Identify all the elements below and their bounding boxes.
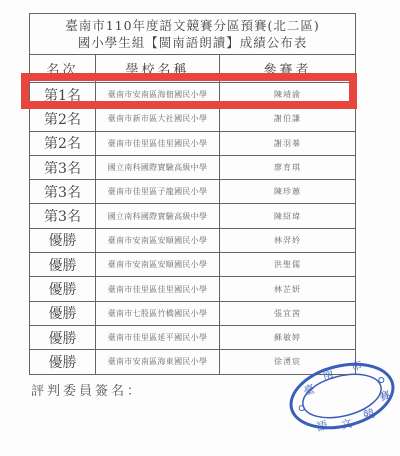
participant-cell: 洪聖儒 [220, 253, 356, 277]
school-cell: 臺南市佳里區子龍國民小學 [96, 180, 220, 204]
participant-cell: 陳靖渝 [220, 83, 356, 107]
official-seal-stamp-icon: 臺 南 市 語 文 競 賽 [286, 360, 398, 432]
table-row: 優勝 臺南市安南區安順國民小學 林羿妗 [30, 228, 356, 252]
participant-cell: 張宜茜 [220, 301, 356, 325]
school-cell: 國立南科國際實驗高級中學 [96, 155, 220, 179]
school-cell: 臺南市安南區安順國民小學 [96, 253, 220, 277]
rank-cell: 第1名 [30, 83, 96, 107]
table-row: 優勝 臺南市七股區竹橋國民小學 張宜茜 [30, 301, 356, 325]
column-header-school: 學校名稱 [96, 55, 220, 83]
rank-cell: 第2名 [30, 131, 96, 155]
rank-cell: 優勝 [30, 228, 96, 252]
participant-cell: 陳珍蕙 [220, 180, 356, 204]
table-row: 優勝 臺南市安南區安順國民小學 洪聖儒 [30, 253, 356, 277]
school-cell: 臺南市佳里區佳里國民小學 [96, 277, 220, 301]
rank-cell: 第3名 [30, 204, 96, 228]
school-cell: 臺南市佳里區延平國民小學 [96, 325, 220, 349]
table-row: 第2名 臺南市佳里區佳里國民小學 謝羽蓁 [30, 131, 356, 155]
participant-cell: 謝伯謙 [220, 107, 356, 131]
table-row: 優勝 臺南市佳里區佳里國民小學 林芷妍 [30, 277, 356, 301]
school-cell: 國立南科國際實驗高級中學 [96, 204, 220, 228]
document-title: 臺南市110年度語文競賽分區預賽(北二區) 國小學生組【閩南語朗讀】成績公布表 [30, 14, 356, 55]
participant-cell: 廖育琪 [220, 155, 356, 179]
column-header-participant: 參賽者 [220, 55, 356, 83]
school-cell: 臺南市安南區海東國民小學 [96, 350, 220, 374]
rank-cell: 優勝 [30, 301, 96, 325]
rank-cell: 第3名 [30, 155, 96, 179]
table-row: 第3名 國立南科國際實驗高級中學 陳紹瑋 [30, 204, 356, 228]
table-row: 第3名 臺南市佳里區子龍國民小學 陳珍蕙 [30, 180, 356, 204]
school-cell: 臺南市佳里區佳里國民小學 [96, 131, 220, 155]
results-table: 臺南市110年度語文競賽分區預賽(北二區) 國小學生組【閩南語朗讀】成績公布表 … [29, 13, 356, 375]
school-cell: 臺南市新市區大社國民小學 [96, 107, 220, 131]
table-row: 第2名 臺南市新市區大社國民小學 謝伯謙 [30, 107, 356, 131]
school-cell: 臺南市安南區海佃國民小學 [96, 83, 220, 107]
school-cell: 臺南市安南區安順國民小學 [96, 228, 220, 252]
title-line-1: 臺南市110年度語文競賽分區預賽(北二區) [30, 17, 355, 34]
judge-signature-label: 評判委員簽名： [31, 380, 143, 399]
stamp-char: 市 [350, 360, 364, 374]
column-header-rank: 名次 [30, 55, 96, 83]
rank-cell: 優勝 [30, 253, 96, 277]
participant-cell: 林羿妗 [220, 228, 356, 252]
table-row: 優勝 臺南市佳里區延平國民小學 蘇敏婷 [30, 325, 356, 349]
participant-cell: 陳紹瑋 [220, 204, 356, 228]
stamp-char: 競 [362, 406, 376, 422]
participant-cell: 謝羽蓁 [220, 131, 356, 155]
rank-cell: 第3名 [30, 180, 96, 204]
table-header-row: 名次 學校名稱 參賽者 [30, 55, 356, 83]
stamp-char: 臺 [302, 382, 316, 398]
table-row: 第1名 臺南市安南區海佃國民小學 陳靖渝 [30, 83, 356, 107]
rank-cell: 優勝 [30, 350, 96, 374]
participant-cell: 林芷妍 [220, 277, 356, 301]
school-cell: 臺南市七股區竹橋國民小學 [96, 301, 220, 325]
stamp-char: 文 [340, 417, 354, 432]
title-line-2: 國小學生組【閩南語朗讀】成績公布表 [30, 34, 355, 51]
rank-cell: 第2名 [30, 107, 96, 131]
table-row: 第3名 國立南科國際實驗高級中學 廖育琪 [30, 155, 356, 179]
rank-cell: 優勝 [30, 325, 96, 349]
participant-cell: 蘇敏婷 [220, 325, 356, 349]
stamp-char: 語 [315, 419, 329, 432]
rank-cell: 優勝 [30, 277, 96, 301]
